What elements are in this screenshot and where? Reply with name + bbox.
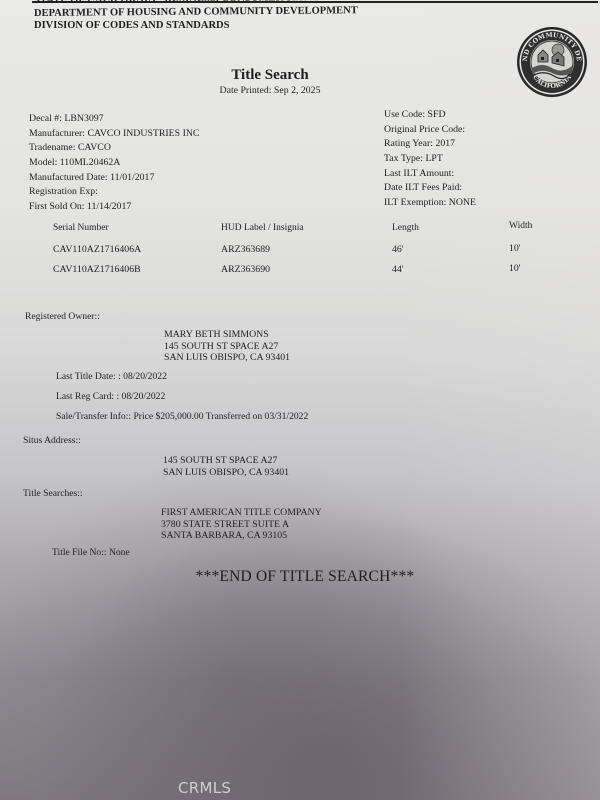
- last-ilt-amount-label: Last ILT Amount:: [384, 168, 454, 179]
- width: 10': [509, 243, 521, 254]
- decal-value: LBN3097: [64, 113, 103, 124]
- tax-type-value: LPT: [425, 153, 442, 164]
- owner-address-line1: 145 SOUTH ST SPACE A27: [164, 341, 290, 353]
- first-sold-value: 11/14/2017: [87, 201, 131, 212]
- registration-exp-label: Registration Exp:: [29, 186, 98, 197]
- tradename-label: Tradename:: [29, 142, 75, 153]
- first-sold-field: First Sold On: 11/14/2017: [29, 200, 199, 215]
- use-code-label: Use Code:: [384, 109, 425, 120]
- tradename-field: Tradename: CAVCO: [29, 141, 199, 156]
- unit-info-left: Decal #: LBN3097 Manufacturer: CAVCO IND…: [29, 112, 199, 215]
- crmls-watermark: CRMLS: [178, 779, 231, 797]
- width: 10': [509, 263, 521, 274]
- ilt-exemption-label: ILT Exemption:: [384, 197, 446, 208]
- decal-label: Decal #:: [29, 113, 62, 124]
- last-ilt-amount-field: Last ILT Amount:: [384, 167, 476, 182]
- title-company-name: FIRST AMERICAN TITLE COMPANY: [161, 507, 322, 519]
- length: 44': [392, 264, 404, 275]
- owner-address-line2: SAN LUIS OBISPO, CA 93401: [164, 352, 290, 364]
- use-code-value: SFD: [428, 109, 446, 120]
- title-file-number: Title File No:: None: [52, 547, 130, 558]
- rating-year-label: Rating Year:: [384, 138, 433, 149]
- model-value: 110ML20462A: [60, 157, 121, 168]
- header-length: Length: [392, 223, 419, 233]
- department-name: DEPARTMENT OF HOUSING AND COMMUNITY DEVE…: [34, 5, 358, 19]
- end-of-title-search: ***END OF TITLE SEARCH***: [0, 568, 600, 586]
- manufactured-date-label: Manufactured Date:: [29, 172, 108, 183]
- ilt-exemption-value: NONE: [449, 197, 476, 208]
- header-serial-number: Serial Number: [53, 223, 109, 233]
- serial-number: CAV110AZ1716406A: [53, 244, 141, 255]
- date-printed: Date Printed: Sep 2, 2025: [0, 85, 540, 96]
- first-sold-label: First Sold On:: [29, 201, 85, 212]
- date-ilt-fees-paid-label: Date ILT Fees Paid:: [384, 182, 462, 193]
- unit-info-right: Use Code: SFD Original Price Code: Ratin…: [384, 108, 476, 211]
- manufacturer-field: Manufacturer: CAVCO INDUSTRIES INC: [29, 127, 199, 142]
- owner-name: MARY BETH SIMMONS: [164, 329, 290, 341]
- rating-year-field: Rating Year: 2017: [384, 137, 476, 152]
- title-company-address: FIRST AMERICAN TITLE COMPANY 3780 STATE …: [161, 507, 322, 542]
- tax-type-label: Tax Type:: [384, 153, 423, 164]
- title-company-address-line1: 3780 STATE STREET SUITE A: [161, 519, 322, 531]
- header-width: Width: [509, 221, 532, 231]
- registered-owner-label: Registered Owner::: [25, 311, 100, 322]
- original-price-code-field: Original Price Code:: [384, 123, 476, 138]
- situs-address-line1: 145 SOUTH ST SPACE A27: [163, 455, 289, 467]
- manufactured-date-field: Manufactured Date: 11/01/2017: [29, 171, 199, 186]
- serial-number: CAV110AZ1716406B: [53, 264, 141, 275]
- manufacturer-value: CAVCO INDUSTRIES INC: [87, 128, 199, 139]
- document-title: Title Search: [0, 67, 540, 84]
- model-field: Model: 110ML20462A: [29, 156, 199, 171]
- tax-type-field: Tax Type: LPT: [384, 152, 476, 167]
- hud-label: ARZ363689: [221, 244, 270, 255]
- title-company-address-line2: SANTA BARBARA, CA 93105: [161, 530, 322, 542]
- situs-address-line2: SAN LUIS OBISPO, CA 93401: [163, 467, 289, 479]
- header-hud-label: HUD Label / Insignia: [221, 223, 304, 233]
- situs-address: 145 SOUTH ST SPACE A27 SAN LUIS OBISPO, …: [163, 455, 289, 478]
- manufactured-date-value: 11/01/2017: [110, 172, 154, 183]
- decal-field: Decal #: LBN3097: [29, 112, 199, 127]
- title-searches-label: Title Searches::: [23, 488, 83, 499]
- use-code-field: Use Code: SFD: [384, 108, 476, 123]
- last-reg-card: Last Reg Card: : 08/20/2022: [56, 391, 165, 402]
- last-title-date: Last Title Date: : 08/20/2022: [56, 371, 167, 382]
- model-label: Model:: [29, 157, 57, 168]
- division-name: DIVISION OF CODES AND STANDARDS: [34, 20, 229, 31]
- date-ilt-fees-paid-field: Date ILT Fees Paid:: [384, 181, 476, 196]
- hud-label: ARZ363690: [221, 264, 270, 275]
- ilt-exemption-field: ILT Exemption: NONE: [384, 196, 476, 211]
- situs-address-label: Situs Address::: [23, 435, 81, 446]
- original-price-code-label: Original Price Code:: [384, 124, 465, 135]
- registration-exp-field: Registration Exp:: [29, 185, 199, 200]
- rating-year-value: 2017: [435, 138, 455, 149]
- length: 46': [392, 244, 404, 255]
- registered-owner-address: MARY BETH SIMMONS 145 SOUTH ST SPACE A27…: [164, 329, 290, 364]
- manufacturer-label: Manufacturer:: [29, 128, 85, 139]
- tradename-value: CAVCO: [78, 142, 111, 153]
- sale-transfer-info: Sale/Transfer Info:: Price $205,000.00 T…: [56, 411, 308, 422]
